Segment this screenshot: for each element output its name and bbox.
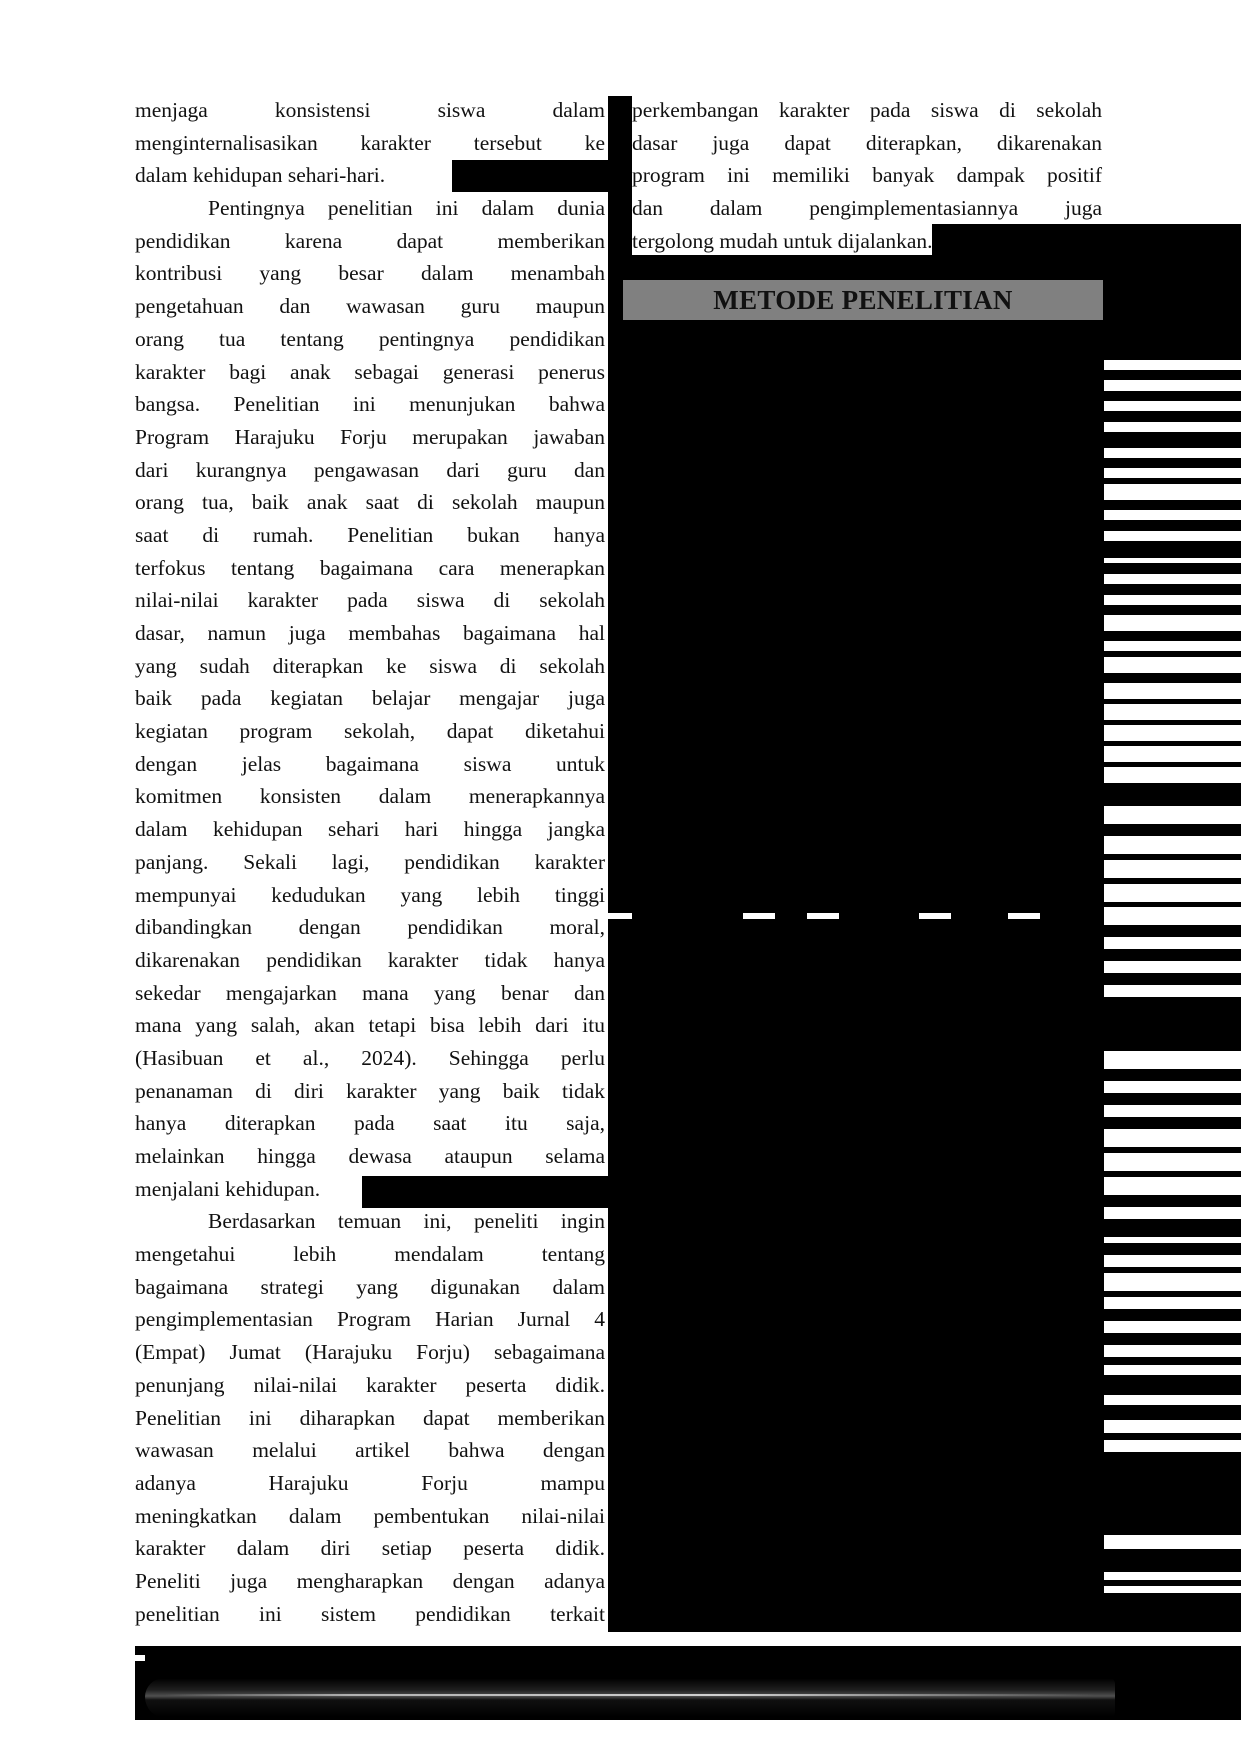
- text-line: dari kurangnya pengawasan dari guru dan: [135, 454, 605, 487]
- text-line: saat di rumah. Penelitian bukan hanya: [135, 519, 605, 552]
- text-line: dasar juga dapat diterapkan, dikarenakan: [632, 127, 1102, 160]
- text-line: orang tua tentang pentingnya pendidikan: [135, 323, 605, 356]
- text-line: baik pada kegiatan belajar mengajar juga: [135, 682, 605, 715]
- text-line: penanaman di diri karakter yang baik tid…: [135, 1075, 605, 1108]
- text-line: Berdasarkan temuan ini, peneliti ingin: [135, 1205, 605, 1238]
- text-line: nilai-nilai karakter pada siswa di sekol…: [135, 584, 605, 617]
- text-line: pengimplementasian Program Harian Jurnal…: [135, 1303, 605, 1336]
- text-line: penelitian ini sistem pendidikan terkait: [135, 1598, 605, 1631]
- text-line: terfokus tentang bagaimana cara menerapk…: [135, 552, 605, 585]
- text-line: pendidikan karena dapat memberikan: [135, 225, 605, 258]
- text-line: panjang. Sekali lagi, pendidikan karakte…: [135, 846, 605, 879]
- text-line: kegiatan program sekolah, dapat diketahu…: [135, 715, 605, 748]
- text-line: Program Harajuku Forju merupakan jawaban: [135, 421, 605, 454]
- footer-gap: [135, 1655, 145, 1661]
- text-line: (Hasibuan et al., 2024). Sehingga perlu: [135, 1042, 605, 1075]
- text-line: perkembangan karakter pada siswa di seko…: [632, 94, 1102, 127]
- text-line: wawasan melalui artikel bahwa dengan: [135, 1434, 605, 1467]
- text-line: karakter bagi anak sebagai generasi pene…: [135, 356, 605, 389]
- text-line: dikarenakan pendidikan karakter tidak ha…: [135, 944, 605, 977]
- text-line: dengan jelas bagaimana siswa untuk: [135, 748, 605, 781]
- text-line: yang sudah diterapkan ke siswa di sekola…: [135, 650, 605, 683]
- text-line: pengetahuan dan wawasan guru maupun: [135, 290, 605, 323]
- text-line: menjalani kehidupan.: [135, 1173, 605, 1206]
- right-column-top-margin: [1102, 96, 1241, 224]
- section-heading-bar: METODE PENELITIAN: [623, 280, 1103, 320]
- text-line: bangsa. Penelitian ini menunjukan bahwa: [135, 388, 605, 421]
- footer-scribble: [145, 1678, 1115, 1718]
- text-line: dibandingkan dengan pendidikan moral,: [135, 911, 605, 944]
- text-line: bagaimana strategi yang digunakan dalam: [135, 1271, 605, 1304]
- text-line: sekedar mengajarkan mana yang benar dan: [135, 977, 605, 1010]
- text-line: adanya Harajuku Forju mampu: [135, 1467, 605, 1500]
- text-line: komitmen konsisten dalam menerapkannya: [135, 780, 605, 813]
- text-line: orang tua, baik anak saat di sekolah mau…: [135, 486, 605, 519]
- text-line: dan dalam pengimplementasiannya juga: [632, 192, 1102, 225]
- text-line: program ini memiliki banyak dampak posit…: [632, 159, 1102, 192]
- text-line: mempunyai kedudukan yang lebih tinggi: [135, 879, 605, 912]
- text-line: Peneliti juga mengharapkan dengan adanya: [135, 1565, 605, 1598]
- text-line: tergolong mudah untuk dijalankan.: [632, 225, 1102, 258]
- text-line: kontribusi yang besar dalam menambah: [135, 257, 605, 290]
- text-line: dalam kehidupan sehari-hari.: [135, 159, 605, 192]
- text-line: Penelitian ini diharapkan dapat memberik…: [135, 1402, 605, 1435]
- text-line: menjaga konsistensi siswa dalam: [135, 94, 605, 127]
- text-line: dasar, namun juga membahas bagaimana hal: [135, 617, 605, 650]
- text-line: dalam kehidupan sehari hari hingga jangk…: [135, 813, 605, 846]
- right-column: perkembangan karakter pada siswa di seko…: [632, 94, 1102, 257]
- text-line: Pentingnya penelitian ini dalam dunia: [135, 192, 605, 225]
- text-line: mana yang salah, akan tetapi bisa lebih …: [135, 1009, 605, 1042]
- text-line: menginternalisasikan karakter tersebut k…: [135, 127, 605, 160]
- text-line: karakter dalam diri setiap peserta didik…: [135, 1532, 605, 1565]
- left-column: menjaga konsistensi siswa dalammenginter…: [135, 94, 605, 1630]
- text-line: meningkatkan dalam pembentukan nilai-nil…: [135, 1500, 605, 1533]
- text-line: melainkan hingga dewasa ataupun selama: [135, 1140, 605, 1173]
- section-heading: METODE PENELITIAN: [713, 285, 1012, 316]
- text-line: hanya diterapkan pada saat itu saja,: [135, 1107, 605, 1140]
- text-line: penunjang nilai-nilai karakter peserta d…: [135, 1369, 605, 1402]
- text-line: mengetahui lebih mendalam tentang: [135, 1238, 605, 1271]
- text-line: (Empat) Jumat (Harajuku Forju) sebagaima…: [135, 1336, 605, 1369]
